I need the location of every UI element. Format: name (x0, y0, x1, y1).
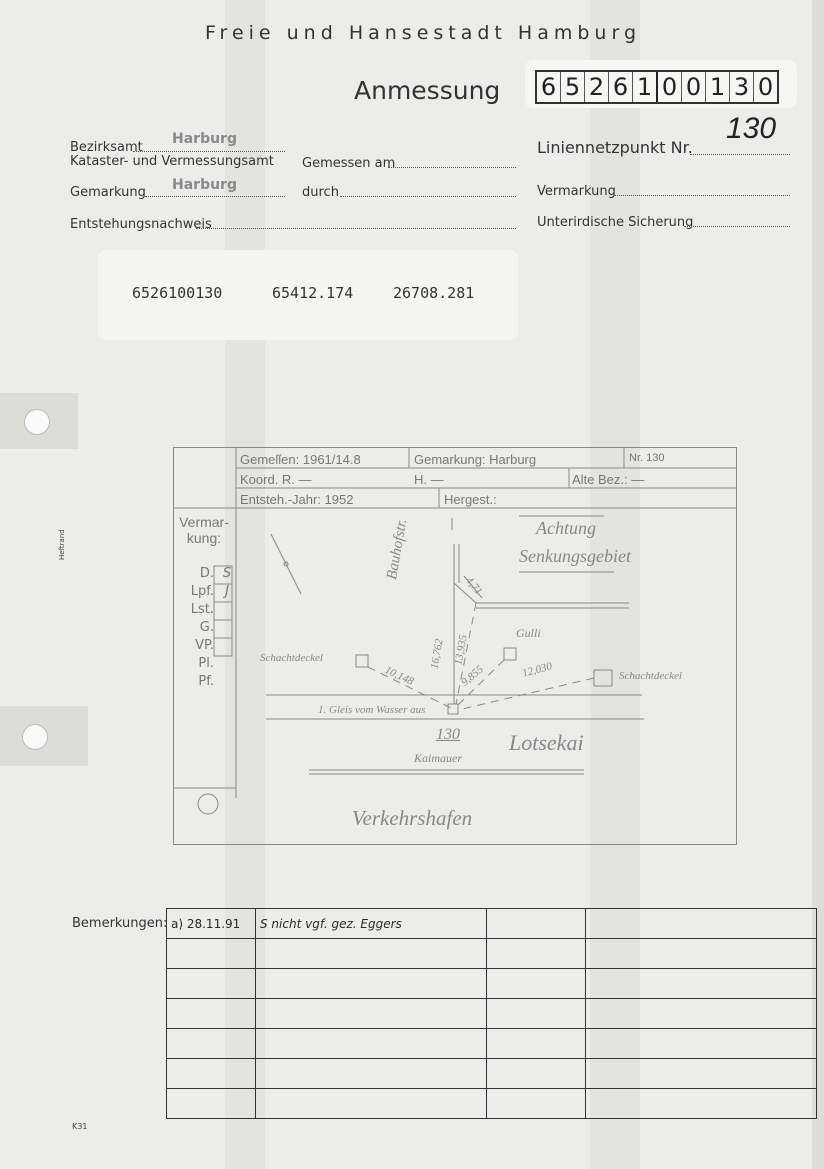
remarks-cell (586, 1089, 817, 1119)
sketch-h: H. — (414, 472, 444, 487)
bezirksamt-label: Bezirksamt (70, 140, 143, 155)
vermarkung-row-label: G. (200, 620, 214, 635)
vermarkung-line (615, 183, 790, 196)
remarks-cell (487, 909, 586, 939)
coord-hochwert: 26708.281 (393, 284, 474, 302)
durch-line (340, 184, 516, 197)
remarks-cell (487, 999, 586, 1029)
heftrand-label: Heftrand (58, 529, 66, 560)
note-kaimauer: Kaimauer (414, 751, 462, 766)
remarks-cell (167, 1089, 256, 1119)
point-number-digit: 3 (730, 72, 754, 102)
point-number-digit: 0 (682, 72, 706, 102)
point-number-digit: 1 (706, 72, 730, 102)
note-achtung: Achtung (536, 518, 596, 539)
sketch-entsteh-jahr: Entsteh.-Jahr: 1952 (240, 492, 353, 507)
vermarkung-row: Pf. (178, 674, 214, 692)
sketch-gemessen: Gemeſſen: 1961/14.8 (240, 452, 361, 467)
authority-title: Freie und Hansestadt Hamburg (205, 22, 641, 44)
remarks-cell (586, 1059, 817, 1089)
liniennetzpunkt-label: Liniennetzpunkt Nr. (537, 138, 693, 157)
punch-hole (24, 409, 50, 435)
entstehung-line (196, 216, 516, 229)
kataster-label: Kataster- und Vermessungsamt (70, 154, 274, 169)
vermarkung-row: Lst. (178, 602, 214, 620)
vermarkung-row: G. (178, 620, 214, 638)
remarks-row (167, 1089, 817, 1119)
point-number-digit: 5 (561, 72, 585, 102)
vermarkung-row-label: D. (200, 566, 214, 581)
remarks-cell (256, 969, 487, 999)
entstehung-label: Entstehungsnachweis (70, 217, 212, 232)
vermarkung-row: Lpf.J (178, 584, 214, 602)
sketch-gemarkung: Gemarkung: Harburg (414, 452, 536, 467)
remarks-cell (586, 999, 817, 1029)
punch-hole (22, 724, 48, 750)
gemessen-label: Gemessen am (302, 156, 395, 171)
remarks-cell (586, 969, 817, 999)
vermarkung-row-label: Pf. (198, 674, 214, 689)
remarks-row (167, 999, 817, 1029)
remarks-cell (487, 939, 586, 969)
point-number-digit: 6 (537, 72, 561, 102)
remarks-cell (586, 1029, 817, 1059)
remarks-cell (167, 969, 256, 999)
location-sketch: Gemeſſen: 1961/14.8 Gemarkung: Harburg N… (173, 447, 737, 845)
note-schachtdeckel-right: Schachtdeckel (619, 670, 682, 682)
remarks-cell (256, 999, 487, 1029)
sketch-alte-bez: Alte Bez.: — (572, 472, 644, 487)
remarks-cell (167, 1029, 256, 1059)
note-senkungsgebiet: Senkungsgebiet (519, 546, 631, 567)
vermarkung-row-label: Lpf. (191, 584, 214, 599)
remarks-cell (167, 999, 256, 1029)
sketch-hergest: Hergest.: (444, 492, 497, 507)
durch-label: durch (302, 185, 339, 200)
remarks-cell (487, 1059, 586, 1089)
vermarkung-label: Vermarkung (537, 184, 616, 199)
vermarkung-row-label: Pl. (198, 656, 214, 671)
sicherung-line (684, 214, 790, 227)
remarks-cell (487, 969, 586, 999)
vermarkung-row-mark: S (218, 566, 236, 581)
point-number-digit: 6 (609, 72, 633, 102)
vermarkung-row-mark: J (218, 584, 236, 599)
note-gleis: 1. Gleis vom Wasser aus (318, 704, 425, 716)
sicherung-label: Unterirdische Sicherung (537, 215, 693, 230)
vermarkung-row-label: Lst. (191, 602, 214, 617)
vermarkung-row-label: VP. (195, 638, 214, 653)
vermarkung-row: Pl. (178, 656, 214, 674)
remarks-cell: S nicht vgf. gez. Eggers (256, 909, 487, 939)
remarks-row (167, 939, 817, 969)
note-schachtdeckel-left: Schachtdeckel (260, 652, 323, 664)
vermarkung-row: D.S (178, 566, 214, 584)
remarks-row (167, 1029, 817, 1059)
remarks-cell (586, 939, 817, 969)
form-title: Anmessung (354, 76, 500, 105)
note-lotsekai: Lotsekai (509, 730, 584, 756)
remarks-cell (167, 939, 256, 969)
sketch-nr: Nr. 130 (629, 452, 664, 464)
remarks-row: a) 28.11.91S nicht vgf. gez. Eggers (167, 909, 817, 939)
note-verkehrshafen: Verkehrshafen (352, 806, 472, 831)
remarks-cell (256, 1029, 487, 1059)
gemessen-line (388, 155, 516, 168)
vermarkung-title: Vermar-kung: (176, 514, 232, 546)
note-gulli: Gulli (516, 626, 541, 641)
vermarkung-row: VP. (178, 638, 214, 656)
note-point-no: 130 (436, 726, 460, 744)
liniennetzpunkt-value: 130 (726, 112, 776, 146)
remarks-label: Bemerkungen: (72, 916, 167, 931)
bezirksamt-value: Harburg (172, 131, 237, 147)
sketch-koord-r: Koord. R. — (240, 472, 312, 487)
remarks-cell (487, 1089, 586, 1119)
gemarkung-label: Gemarkung (70, 185, 146, 200)
coord-rechtswert: 65412.174 (272, 284, 353, 302)
point-number-digit: 2 (585, 72, 609, 102)
coord-point-id: 6526100130 (132, 284, 222, 302)
remarks-cell: a) 28.11.91 (167, 909, 256, 939)
remarks-cell (487, 1029, 586, 1059)
point-number-digit: 0 (658, 72, 682, 102)
gemarkung-value: Harburg (172, 177, 237, 193)
remarks-row (167, 1059, 817, 1089)
remarks-cell (256, 1089, 487, 1119)
point-number-boxes: 6526100130 (535, 70, 779, 104)
remarks-cell (586, 909, 817, 939)
remarks-row (167, 969, 817, 999)
remarks-cell (256, 1059, 487, 1089)
remarks-cell (167, 1059, 256, 1089)
form-code: K31 (72, 1122, 87, 1131)
point-number-digit: 1 (633, 72, 658, 102)
remarks-cell (256, 939, 487, 969)
point-number-digit: 0 (754, 72, 777, 102)
remarks-table: a) 28.11.91S nicht vgf. gez. Eggers (166, 908, 817, 1119)
